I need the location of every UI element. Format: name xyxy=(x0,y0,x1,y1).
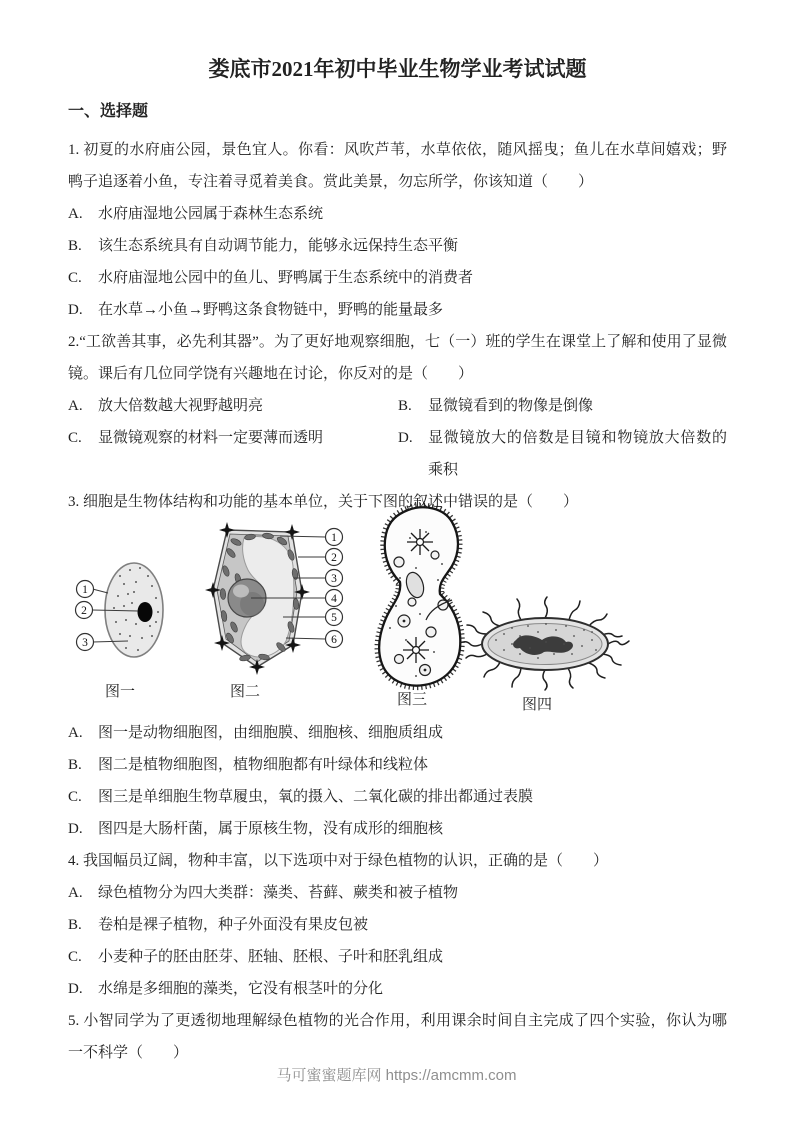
question-2-option-a: A. 放大倍数越大视野越明亮 xyxy=(68,390,398,422)
option-text: 在水草→小鱼→野鸭这条食物链中，野鸭的能量最多 xyxy=(98,294,443,326)
option-label: D. xyxy=(68,294,98,326)
plant-cell-figure: 1 2 3 4 5 xyxy=(205,522,343,700)
question-2-options: A. 放大倍数越大视野越明亮 B. 显微镜看到的物像是倒像 C. 显微镜观察的材… xyxy=(68,390,727,486)
option-label: B. xyxy=(68,749,98,781)
option-text: 卷柏是裸子植物，种子外面没有果皮包被 xyxy=(98,909,368,941)
paramecium-figure: 图三 xyxy=(379,507,460,708)
question-3-figures: 1 2 3 图一 xyxy=(68,502,727,713)
option-label: C. xyxy=(68,941,98,973)
option-label: A. xyxy=(68,877,98,909)
svg-text:2: 2 xyxy=(331,552,337,564)
section-heading: 一、选择题 xyxy=(68,100,727,124)
callout-1: 1 xyxy=(77,581,94,598)
question-4: 4. 我国幅员辽阔，物种丰富，以下选项中对于绿色植物的认识，正确的是（ ） A.… xyxy=(68,845,727,1005)
option-text: 图三是单细胞生物草履虫，氧的摄入、二氧化碳的排出都通过表膜 xyxy=(98,781,533,813)
option-text: 该生态系统具有自动调节能力，能够永远保持生态平衡 xyxy=(98,230,458,262)
option-text: 图四是大肠杆菌，属于原核生物，没有成形的细胞核 xyxy=(98,813,443,845)
callout-6: 6 xyxy=(326,631,343,648)
option-label: A. xyxy=(68,717,98,749)
svg-text:1: 1 xyxy=(331,532,337,544)
question-1: 1. 初夏的水府庙公园，景色宜人。你看：风吹芦苇，水草依依，随风摇曳；鱼儿在水草… xyxy=(68,134,727,326)
option-text: 水绵是多细胞的藻类，它没有根茎叶的分化 xyxy=(98,973,383,1005)
option-label: D. xyxy=(68,973,98,1005)
option-text: 显微镜看到的物像是倒像 xyxy=(428,390,593,422)
svg-text:6: 6 xyxy=(331,634,337,646)
animal-cell-figure: 1 2 3 图一 xyxy=(76,563,164,700)
callout-1: 1 xyxy=(326,529,343,546)
svg-text:5: 5 xyxy=(331,612,337,624)
option-label: B. xyxy=(398,390,428,422)
question-3-option-d: D. 图四是大肠杆菌，属于原核生物，没有成形的细胞核 xyxy=(68,813,727,845)
question-4-option-d: D. 水绵是多细胞的藻类，它没有根茎叶的分化 xyxy=(68,973,727,1005)
option-text: 小麦种子的胚由胚芽、胚轴、胚根、子叶和胚乳组成 xyxy=(98,941,443,973)
option-text: 放大倍数越大视野越明亮 xyxy=(98,390,263,422)
option-label: D. xyxy=(398,422,428,486)
question-1-option-a: A. 水府庙湿地公园属于森林生态系统 xyxy=(68,198,727,230)
watermark-footer: 马可蜜蜜题库网 https://amcmm.com xyxy=(0,1064,793,1085)
question-1-option-c: C. 水府庙湿地公园中的鱼儿、野鸭属于生态系统中的消费者 xyxy=(68,262,727,294)
option-label: B. xyxy=(68,230,98,262)
page-title: 娄底市2021年初中毕业生物学业考试试题 xyxy=(68,52,727,86)
option-text: 图一是动物细胞图，由细胞膜、细胞核、细胞质组成 xyxy=(98,717,443,749)
option-label: C. xyxy=(68,262,98,294)
question-3-options: A. 图一是动物细胞图，由细胞膜、细胞核、细胞质组成 B. 图二是植物细胞图，植… xyxy=(68,717,727,845)
question-3: 3. 细胞是生物体结构和功能的基本单位，关于下图的叙述中错误的是（ ） xyxy=(68,486,727,845)
exam-page: 娄底市2021年初中毕业生物学业考试试题 一、选择题 1. 初夏的水府庙公园，景… xyxy=(0,0,793,1122)
svg-text:1: 1 xyxy=(82,584,88,596)
callout-5: 5 xyxy=(326,609,343,626)
option-text: 图二是植物细胞图，植物细胞都有叶绿体和线粒体 xyxy=(98,749,428,781)
question-1-option-d: D. 在水草→小鱼→野鸭这条食物链中，野鸭的能量最多 xyxy=(68,294,727,326)
svg-text:2: 2 xyxy=(81,605,87,617)
question-2-option-b: B. 显微镜看到的物像是倒像 xyxy=(398,390,727,422)
svg-text:3: 3 xyxy=(82,637,88,649)
figure-4-caption: 图四 xyxy=(522,696,552,713)
question-2: 2.“工欲善其事，必先利其器”。为了更好地观察细胞，七（一）班的学生在课堂上了解… xyxy=(68,326,727,486)
option-label: C. xyxy=(68,781,98,813)
figure-1-caption: 图一 xyxy=(105,683,135,700)
callout-4: 4 xyxy=(326,590,343,607)
figure-2-caption: 图二 xyxy=(230,683,260,700)
callout-3: 3 xyxy=(77,634,94,651)
exam-content: 娄底市2021年初中毕业生物学业考试试题 一、选择题 1. 初夏的水府庙公园，景… xyxy=(0,52,793,1069)
option-text: 显微镜观察的材料一定要薄而透明 xyxy=(98,422,323,486)
question-3-option-c: C. 图三是单细胞生物草履虫，氧的摄入、二氧化碳的排出都通过表膜 xyxy=(68,781,727,813)
question-5: 5. 小智同学为了更透彻地理解绿色植物的光合作用，利用课余时间自主完成了四个实验… xyxy=(68,1005,727,1069)
question-2-option-d: D. 显微镜放大的倍数是目镜和物镜放大倍数的乘积 xyxy=(398,422,727,486)
option-label: A. xyxy=(68,198,98,230)
question-1-option-b: B. 该生态系统具有自动调节能力，能够永远保持生态平衡 xyxy=(68,230,727,262)
callout-2: 2 xyxy=(76,602,93,619)
svg-text:3: 3 xyxy=(331,573,337,585)
option-label: C. xyxy=(68,422,98,486)
option-text: 水府庙湿地公园中的鱼儿、野鸭属于生态系统中的消费者 xyxy=(98,262,473,294)
question-4-option-b: B. 卷柏是裸子植物，种子外面没有果皮包被 xyxy=(68,909,727,941)
option-label: D. xyxy=(68,813,98,845)
question-2-stem: 2.“工欲善其事，必先利其器”。为了更好地观察细胞，七（一）班的学生在课堂上了解… xyxy=(68,326,727,390)
question-5-stem: 5. 小智同学为了更透彻地理解绿色植物的光合作用，利用课余时间自主完成了四个实验… xyxy=(68,1005,727,1069)
nucleus xyxy=(138,602,153,622)
option-text: 显微镜放大的倍数是目镜和物镜放大倍数的乘积 xyxy=(428,422,727,486)
bacterium-figure: 图四 xyxy=(460,597,629,713)
option-text: 绿色植物分为四大类群：藻类、苔藓、蕨类和被子植物 xyxy=(98,877,458,909)
question-3-option-a: A. 图一是动物细胞图，由细胞膜、细胞核、细胞质组成 xyxy=(68,717,727,749)
option-label: A. xyxy=(68,390,98,422)
figure-3-caption: 图三 xyxy=(397,691,427,708)
question-4-option-c: C. 小麦种子的胚由胚芽、胚轴、胚根、子叶和胚乳组成 xyxy=(68,941,727,973)
question-2-option-c: C. 显微镜观察的材料一定要薄而透明 xyxy=(68,422,398,486)
question-4-option-a: A. 绿色植物分为四大类群：藻类、苔藓、蕨类和被子植物 xyxy=(68,877,727,909)
option-label: B. xyxy=(68,909,98,941)
question-3-option-b: B. 图二是植物细胞图，植物细胞都有叶绿体和线粒体 xyxy=(68,749,727,781)
callout-2: 2 xyxy=(326,549,343,566)
question-4-stem: 4. 我国幅员辽阔，物种丰富，以下选项中对于绿色植物的认识，正确的是（ ） xyxy=(68,845,727,877)
svg-text:4: 4 xyxy=(331,593,337,605)
callout-3: 3 xyxy=(326,570,343,587)
question-1-stem: 1. 初夏的水府庙公园，景色宜人。你看：风吹芦苇，水草依依，随风摇曳；鱼儿在水草… xyxy=(68,134,727,198)
option-text: 水府庙湿地公园属于森林生态系统 xyxy=(98,198,323,230)
